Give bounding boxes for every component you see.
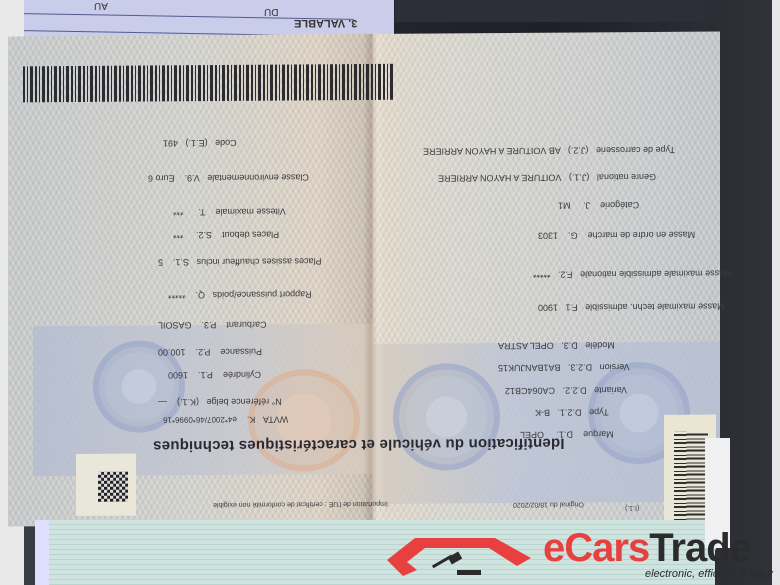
field-code: (J.2.) [568, 145, 589, 155]
field-row: Cylindrée P.1. 1600 [168, 370, 261, 380]
brand-name: eCarsTrade [543, 528, 751, 568]
field-value: ***** [533, 270, 551, 280]
datamatrix-code [98, 472, 128, 502]
field-row: Carburant P.3. GASOIL [158, 320, 266, 330]
brand-trade: Trade [649, 526, 751, 570]
field-label: Classe environnementale [207, 172, 309, 183]
field-row: WVTA K. e4*2007/46*0996*16 [163, 415, 288, 425]
brand-e: e [543, 526, 564, 570]
background-right [772, 0, 780, 585]
import-note: Importation de l'UE : certificat de conf… [213, 500, 388, 508]
field-value: 1900 [538, 303, 558, 313]
field-value: ***** [168, 290, 186, 300]
field-code: P.3. [202, 320, 217, 330]
field-code: F.2. [558, 270, 573, 280]
field-code: K. [247, 415, 256, 425]
field-value: CA064CB12 [505, 386, 555, 396]
field-code: D.2.2. [563, 385, 587, 395]
field-row: Type D.2.1. B-K [535, 407, 609, 417]
page-code: (I.1.) [625, 504, 639, 511]
field-value: M1 [558, 201, 571, 211]
field-label: Version [600, 362, 630, 372]
original-date: Original du 18/02/2020 [513, 500, 584, 507]
field-value: e4*2007/46*0996*16 [163, 415, 237, 425]
field-code: J. [583, 200, 590, 210]
field-label: Genre national [597, 172, 656, 182]
field-row: Masse maximale techn. admissible F.1 190… [538, 301, 725, 311]
field-label: Catégorie [600, 200, 639, 210]
field-value: 1303 [538, 231, 558, 241]
field-label: Vitesse maximale [215, 207, 285, 217]
field-row: Puissance P.2. 100.00 [158, 347, 262, 357]
field-label: Modèle [585, 340, 615, 350]
field-row: Version D.2.3. BA1BANJUK15 [498, 362, 630, 372]
section-valable: 3. VALABLE [294, 17, 357, 29]
field-value: OPEL [520, 430, 544, 440]
field-row: Masse maximale admissible nationale F.2.… [533, 268, 732, 278]
barcode [23, 64, 393, 103]
field-value: — [158, 397, 167, 407]
brand-cars: Cars [564, 526, 649, 570]
field-code: S.2. [196, 230, 212, 240]
field-row: Catégorie J. M1 [558, 200, 639, 210]
field-label: Cylindrée [223, 370, 261, 380]
field-label: Variante [594, 385, 627, 395]
field-row: Classe environnementale V.9. Euro 6 [148, 172, 309, 182]
field-code: V.9. [185, 173, 200, 183]
field-value: 491 [163, 138, 178, 148]
field-value: BA1BANJUK15 [498, 363, 561, 373]
field-row: Masse en ordre de marche G. 1303 [538, 230, 695, 240]
field-code: D.1. [557, 430, 574, 440]
field-code: (E.1.) [186, 138, 208, 148]
field-label: Type [589, 407, 609, 417]
dark-top-area [395, 0, 705, 22]
field-value: *** [173, 230, 184, 240]
field-row: N° référence belge (K.1.) — [158, 397, 282, 407]
field-value: 100.00 [158, 347, 186, 357]
field-label: Code [215, 138, 237, 148]
field-value: 5 [158, 257, 163, 267]
ecarstrade-logo: eCarsTrade electronic, efficient & easy [385, 526, 780, 585]
field-code: (J.1.) [569, 172, 590, 182]
field-row: Code (E.1.) 491 [163, 138, 237, 148]
field-label: Type de carrosserie [596, 145, 675, 156]
field-row: Rapport puissance/poids Q. ***** [168, 289, 312, 299]
field-code: S.1. [173, 257, 189, 267]
car-roof-gavel-icon [385, 530, 535, 578]
field-code: P.1. [198, 370, 213, 380]
field-label: WVTA [263, 415, 288, 425]
field-value: 1600 [168, 370, 188, 380]
field-code: D.3. [561, 341, 578, 351]
field-code: Q. [196, 290, 206, 300]
document-title: Identification du véhicule et caractéris… [153, 436, 565, 454]
wheel-watermark [393, 363, 500, 471]
field-row: Vitesse maximale T. *** [173, 207, 286, 217]
field-row: Variante D.2.2. CA064CB12 [505, 385, 627, 395]
du-label: DU [264, 6, 278, 17]
field-code: F.1 [566, 303, 578, 313]
field-value: Euro 6 [148, 173, 175, 183]
field-label: Places assises chauffeur inclus [197, 256, 322, 267]
field-row: Places debout S.2. *** [173, 230, 279, 240]
field-label: Puissance [220, 347, 262, 357]
field-value: *** [173, 207, 184, 217]
field-label: Masse maximale admissible nationale [580, 268, 732, 279]
field-row: Type de carrosserie (J.2.) AB VOITURE A … [423, 145, 675, 156]
field-label: Masse en ordre de marche [588, 230, 696, 241]
brand-tagline: electronic, efficient & easy [645, 568, 773, 580]
field-code: P.2. [196, 347, 211, 357]
field-code: G. [568, 231, 578, 241]
field-value: B-K [535, 408, 550, 418]
field-code: D.2.1. [558, 407, 582, 417]
sheet-edge [35, 520, 49, 585]
field-value: VOITURE A HAYON ARRIERE [438, 173, 561, 184]
vehicle-registration-document: Identification du véhicule et caractéris… [8, 32, 720, 527]
field-label: Marque [583, 429, 614, 439]
field-label: Rapport puissance/poids [213, 289, 312, 300]
field-label: N° référence belge [207, 397, 282, 408]
field-label: Carburant [226, 320, 266, 330]
field-row: Marque D.1. OPEL [520, 429, 614, 439]
field-value: AB VOITURE A HAYON ARRIERE [423, 146, 561, 157]
field-value: GASOIL [158, 320, 192, 330]
field-row: Places assises chauffeur inclus S.1. 5 [158, 256, 321, 266]
field-row: Modèle D.3. OPEL ASTRA [498, 340, 615, 350]
field-row: Genre national (J.1.) VOITURE A HAYON AR… [438, 172, 656, 183]
field-code: T. [199, 207, 206, 217]
field-code: D.2.3. [568, 362, 592, 372]
field-label: Places debout [222, 230, 279, 240]
barcode [674, 432, 708, 532]
field-label: Masse maximale techn. admissible [585, 301, 725, 312]
field-code: (K.1.) [177, 397, 199, 407]
field-value: OPEL ASTRA [498, 341, 554, 351]
au-label: AU [94, 0, 108, 11]
